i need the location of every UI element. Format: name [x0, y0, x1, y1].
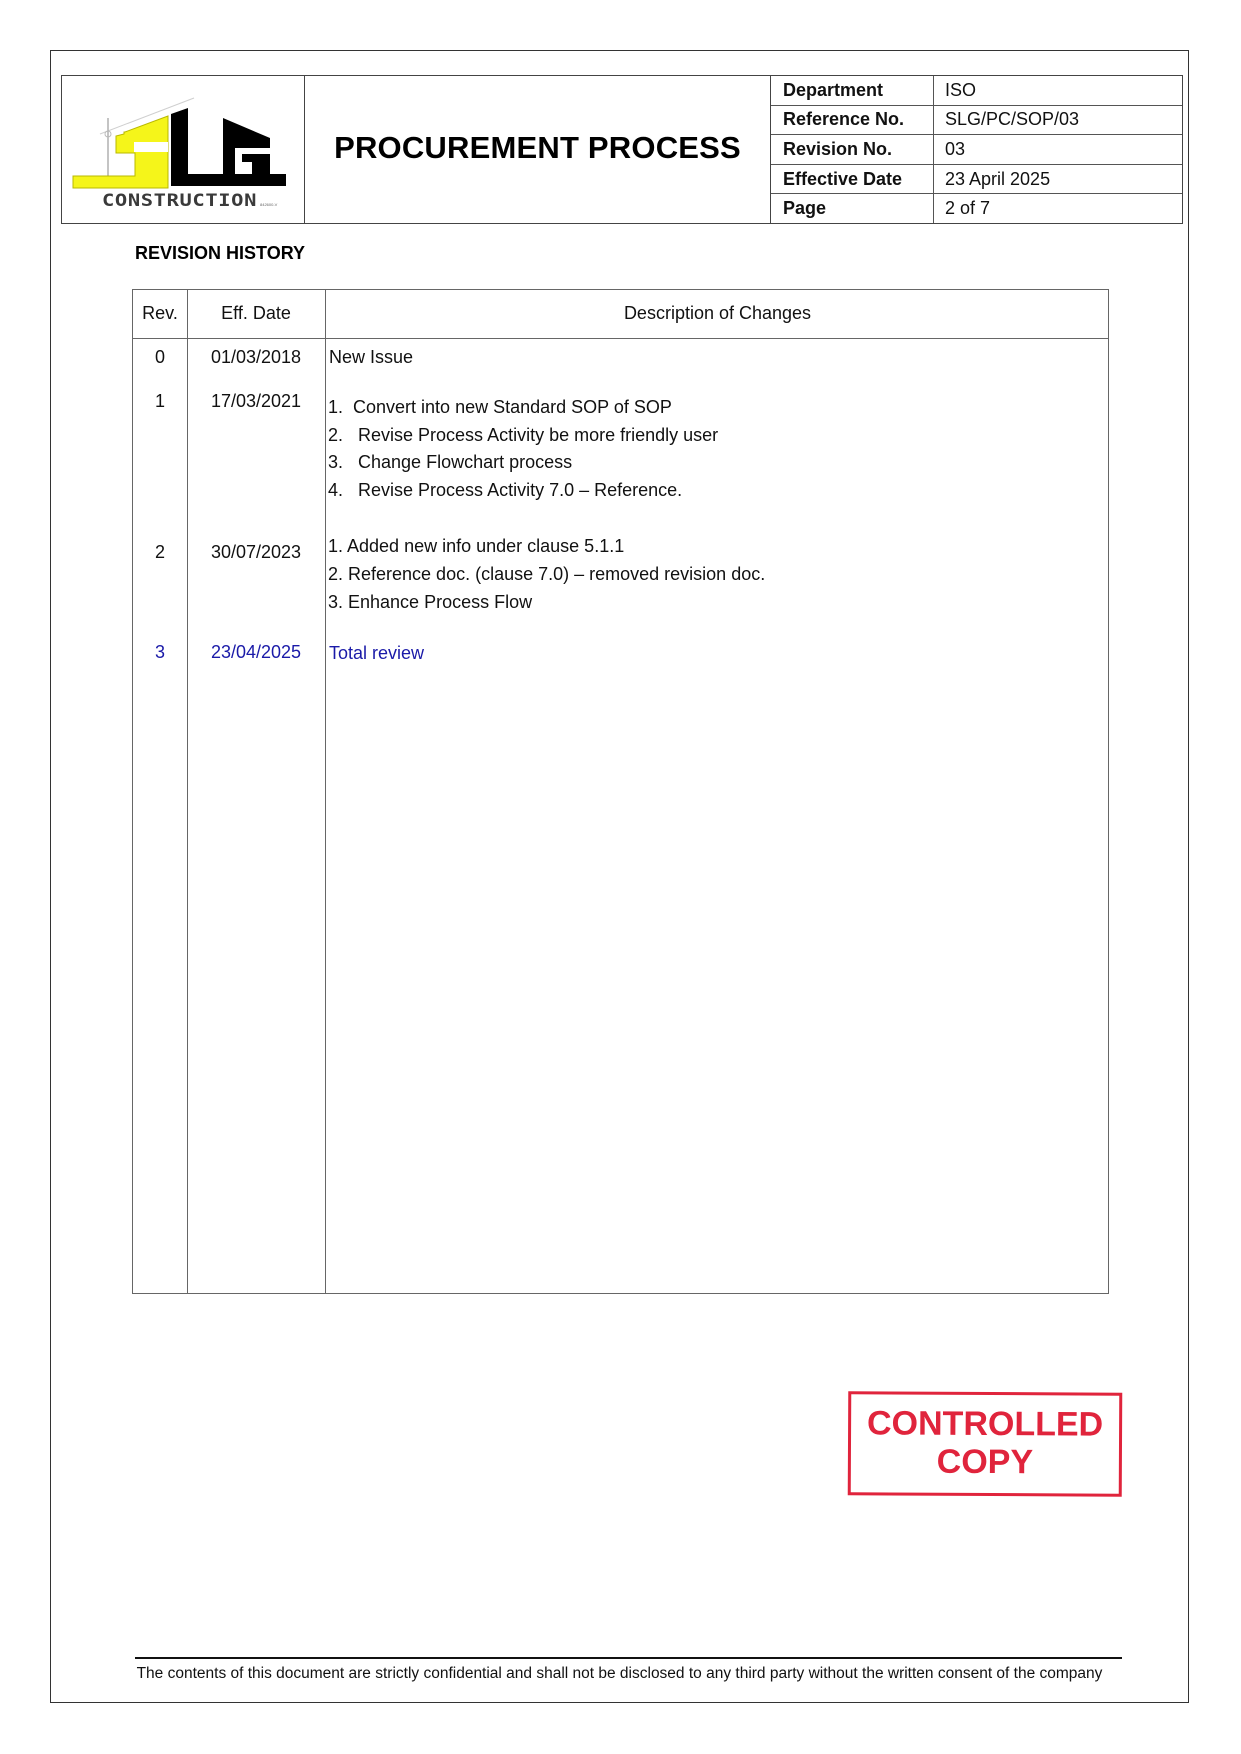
info-row-revision: Revision No. 03 [771, 135, 1182, 165]
info-label: Revision No. [771, 135, 934, 164]
column-divider [325, 290, 326, 1293]
rev-change: 1. Convert into new Standard SOP of SOP [328, 397, 672, 418]
column-divider [187, 290, 188, 1293]
info-label: Page [771, 194, 934, 223]
footer-divider [135, 1657, 1122, 1659]
document-info-table: Department ISO Reference No. SLG/PC/SOP/… [771, 76, 1182, 223]
document-title: PROCUREMENT PROCESS [334, 130, 741, 166]
company-logo-icon: CONSTRUCTION 842600-V [70, 94, 298, 209]
confidentiality-notice: The contents of this document are strict… [50, 1665, 1189, 1683]
section-title: REVISION HISTORY [135, 243, 305, 264]
column-header-rev: Rev. [133, 303, 187, 324]
rev-change: 2. Revise Process Activity be more frien… [328, 425, 718, 446]
rev-change: 3. Change Flowchart process [328, 452, 572, 473]
info-label: Department [771, 76, 934, 105]
rev-date: 30/07/2023 [187, 542, 325, 563]
rev-change: New Issue [329, 347, 413, 368]
rev-change: 2. Reference doc. (clause 7.0) – removed… [328, 564, 765, 585]
rev-date: 01/03/2018 [187, 347, 325, 368]
stamp-line-2: COPY [851, 1442, 1119, 1481]
rev-change: Total review [329, 643, 424, 664]
header-divider [133, 338, 1108, 339]
info-row-department: Department ISO [771, 76, 1182, 106]
rev-number: 1 [133, 391, 187, 412]
info-row-reference: Reference No. SLG/PC/SOP/03 [771, 106, 1182, 136]
info-value: 2 of 7 [934, 194, 1182, 223]
stamp-line-1: CONTROLLED [851, 1404, 1119, 1443]
rev-date: 17/03/2021 [187, 391, 325, 412]
revision-history-table: Rev. Eff. Date Description of Changes 0 … [132, 289, 1109, 1294]
info-label: Effective Date [771, 165, 934, 194]
info-row-page: Page 2 of 7 [771, 194, 1182, 223]
rev-number: 3 [133, 642, 187, 663]
column-header-date: Eff. Date [187, 303, 325, 324]
info-value: SLG/PC/SOP/03 [934, 106, 1182, 135]
column-header-description: Description of Changes [325, 303, 1110, 324]
rev-date: 23/04/2025 [187, 642, 325, 663]
rev-number: 0 [133, 347, 187, 368]
rev-number: 2 [133, 542, 187, 563]
rev-change: 1. Added new info under clause 5.1.1 [328, 536, 624, 557]
controlled-copy-stamp: CONTROLLED COPY [848, 1391, 1123, 1496]
rev-change: 3. Enhance Process Flow [328, 592, 532, 613]
rev-change: 4. Revise Process Activity 7.0 – Referen… [328, 480, 682, 501]
logo-subtitle: CONSTRUCTION [102, 191, 257, 209]
logo-cell: CONSTRUCTION 842600-V [62, 76, 305, 223]
info-value: ISO [934, 76, 1182, 105]
info-value: 03 [934, 135, 1182, 164]
document-header: CONSTRUCTION 842600-V PROCUREMENT PROCES… [61, 75, 1183, 224]
info-value: 23 April 2025 [934, 165, 1182, 194]
svg-text:842600-V: 842600-V [260, 202, 278, 207]
info-row-effective-date: Effective Date 23 April 2025 [771, 165, 1182, 195]
title-cell: PROCUREMENT PROCESS [305, 76, 771, 223]
info-label: Reference No. [771, 106, 934, 135]
